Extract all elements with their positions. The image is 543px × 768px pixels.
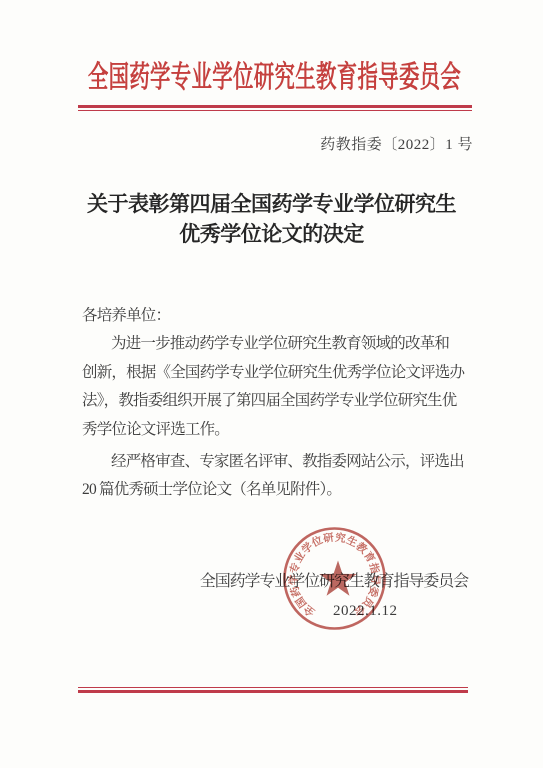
body-line: 为进一步推动药学专业学位研究生教育领域的改革和 bbox=[82, 330, 468, 358]
svg-text:研: 研 bbox=[322, 531, 335, 545]
footer-divider bbox=[78, 687, 468, 693]
body-line: 经严格审查、专家匿名评审、教指委网站公示，评选出 bbox=[82, 448, 468, 476]
letterhead-org-title: 全国药学专业学位研究生教育指导委员会 bbox=[0, 59, 543, 101]
svg-text:导: 导 bbox=[369, 574, 382, 585]
seal-star-icon bbox=[319, 561, 356, 596]
svg-text:指: 指 bbox=[367, 561, 382, 575]
salutation: 各培养单位： bbox=[82, 302, 468, 330]
footer-divider-thick-line bbox=[78, 690, 468, 693]
letterhead-org-title-text: 全国药学专业学位研究生教育指导委员会 bbox=[88, 59, 461, 96]
document-title-line-2: 优秀学位论文的决定 bbox=[0, 220, 543, 250]
body-line: 法》，教指委组织开展了第四届全国药学专业学位研究生优 bbox=[82, 387, 468, 415]
svg-text:学: 学 bbox=[287, 574, 300, 585]
document-title: 关于表彰第四届全国药学专业学位研究生 优秀学位论文的决定 bbox=[0, 190, 543, 250]
paragraph-2: 经严格审查、专家匿名评审、教指委网站公示，评选出 20 篇优秀硕士学位论文（名单… bbox=[82, 448, 468, 505]
document-page: 全国药学专业学位研究生教育指导委员会 药教指委〔2022〕1 号 关于表彰第四届… bbox=[0, 0, 543, 768]
body-line: 秀学位论文评选工作。 bbox=[82, 416, 468, 444]
footer-divider-thin-line bbox=[78, 687, 468, 688]
paragraph-1: 为进一步推动药学专业学位研究生教育领域的改革和 创新，根据《全国药学专业学位研究… bbox=[82, 330, 468, 444]
body-line: 创新，根据《全国药学专业学位研究生优秀学位论文评选办 bbox=[82, 359, 468, 387]
body-line: 20 篇优秀硕士学位论文（名单见附件）。 bbox=[82, 476, 468, 504]
document-title-line-1: 关于表彰第四届全国药学专业学位研究生 bbox=[0, 190, 543, 220]
document-body: 各培养单位： 为进一步推动药学专业学位研究生教育领域的改革和 创新，根据《全国药… bbox=[82, 302, 468, 505]
letterhead-divider-thick-line bbox=[78, 105, 472, 108]
letterhead-divider-thin-line bbox=[78, 110, 472, 111]
letterhead-divider bbox=[78, 105, 472, 111]
document-number: 药教指委〔2022〕1 号 bbox=[320, 136, 473, 154]
official-seal: 全国药学专业学位研究生教育指导委员会 bbox=[279, 523, 390, 634]
